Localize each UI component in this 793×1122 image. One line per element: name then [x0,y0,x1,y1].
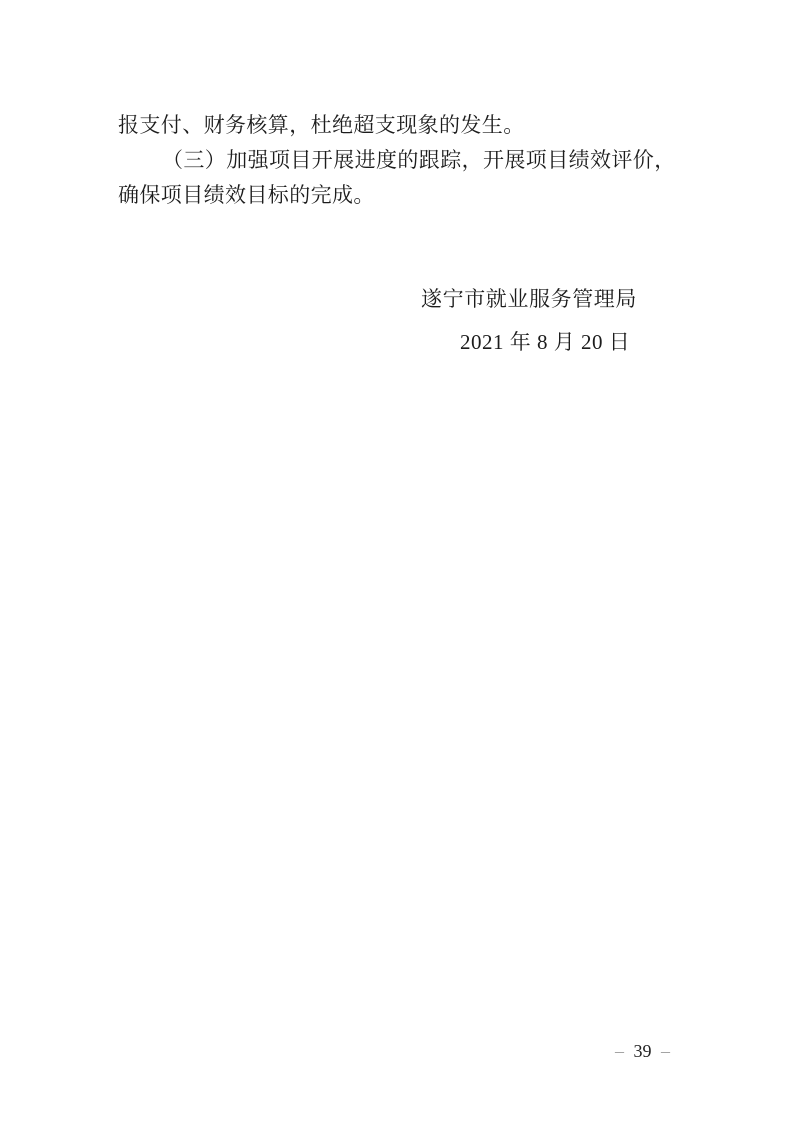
page-number-dash-left: – [615,1041,624,1061]
paragraph-line: （三）加强项目开展进度的跟踪，开展项目绩效评价， [118,143,683,178]
page-number-value: 39 [634,1041,652,1061]
signature-organization: 遂宁市就业服务管理局 [421,282,637,317]
body-text: 报支付、财务核算，杜绝超支现象的发生。 （三）加强项目开展进度的跟踪，开展项目绩… [118,108,683,213]
paragraph-line: 报支付、财务核算，杜绝超支现象的发生。 [118,108,683,143]
paragraph-line: 确保项目绩效目标的完成。 [118,178,683,213]
signature-date: 2021 年 8 月 20 日 [460,325,630,360]
page-number: – 39 – [615,1041,670,1062]
page-number-dash-right: – [661,1041,670,1061]
document-page: 报支付、财务核算，杜绝超支现象的发生。 （三）加强项目开展进度的跟踪，开展项目绩… [0,0,793,1122]
